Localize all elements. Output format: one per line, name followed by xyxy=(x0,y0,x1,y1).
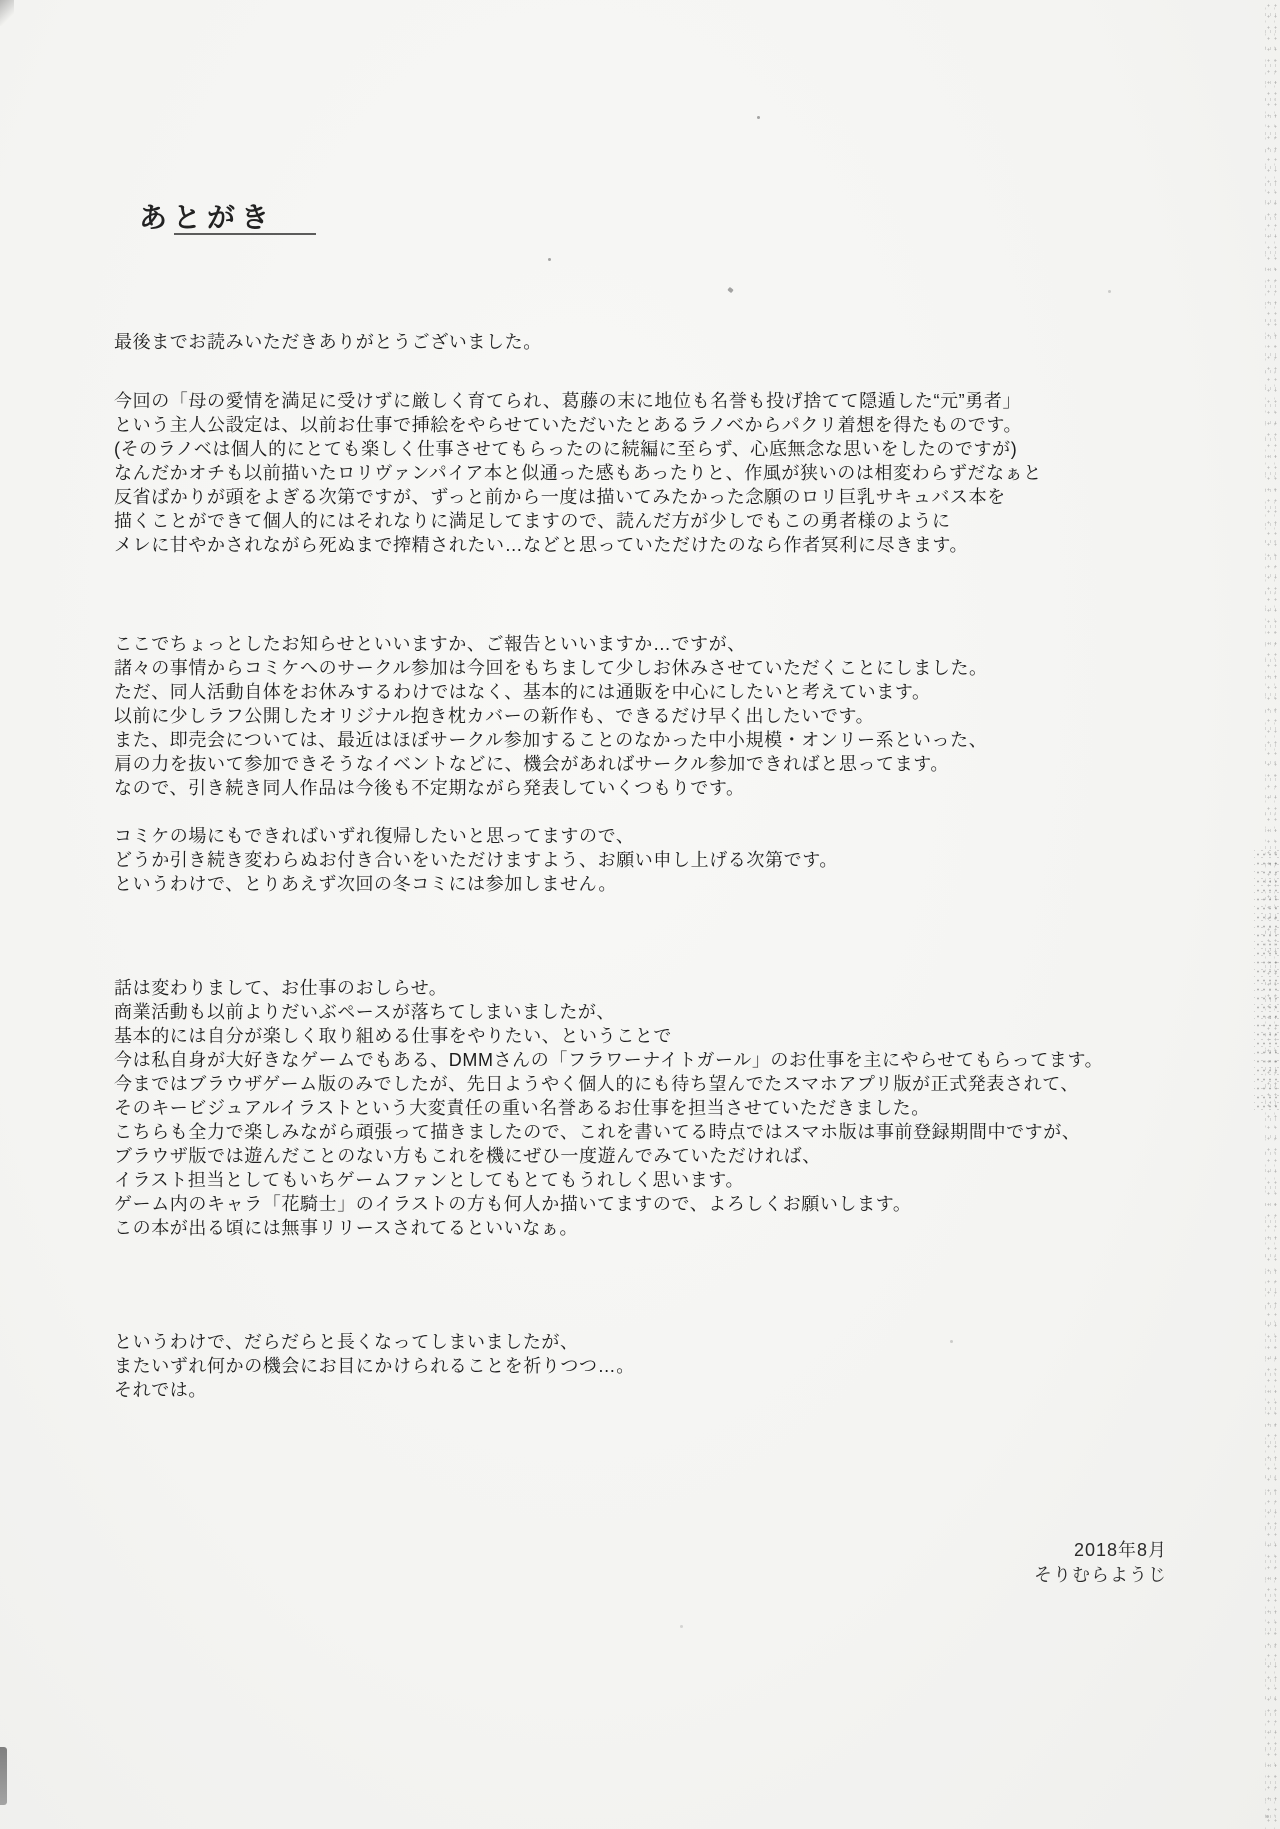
scan-noise-cluster xyxy=(1254,850,1280,1110)
paragraph-book-concept: 今回の「母の愛情を満足に受けずに厳しく育てられ、葛藤の末に地位も名誉も投げ捨てて… xyxy=(114,389,1214,557)
text-line: こちらも全力で楽しみながら頑張って描きましたので、これを書いてる時点ではスマホ版… xyxy=(114,1120,1214,1144)
signature: 2018年8月 そりむらようじ xyxy=(1034,1538,1167,1588)
page-title: あとがき xyxy=(139,196,275,236)
text-line: この本が出る頃には無事リリースされてるといいなぁ。 xyxy=(114,1216,1214,1240)
text-line: 今回の「母の愛情を満足に受けずに厳しく育てられ、葛藤の末に地位も名誉も投げ捨てて… xyxy=(114,389,1214,413)
scan-mark-bottom-left xyxy=(0,1747,7,1805)
scan-speck xyxy=(866,1127,869,1130)
text-line: 商業活動も以前よりだいぶペースが落ちてしまいましたが、 xyxy=(114,1000,1214,1024)
scan-speck xyxy=(680,1625,683,1628)
scan-speck xyxy=(1108,290,1111,293)
text-line: というわけで、とりあえず次回の冬コミには参加しません。 xyxy=(114,872,1214,896)
text-line: 諸々の事情からコミケへのサークル参加は今回をもちまして少しお休みさせていただくこ… xyxy=(114,656,1214,680)
scan-speck xyxy=(950,1340,953,1343)
text-line: また、即売会については、最近はほぼサークル参加することのなかった中小規模・オンリ… xyxy=(114,728,1214,752)
text-line: ブラウザ版では遊んだことのない方もこれを機にぜひ一度遊んでみていただければ、 xyxy=(114,1144,1214,1168)
text-line: ただ、同人活動自体をお休みするわけではなく、基本的には通販を中心にしたいと考えて… xyxy=(114,680,1214,704)
text-line: イラスト担当としてもいちゲームファンとしてもとてもうれしく思います。 xyxy=(114,1168,1214,1192)
text-line: 今まではブラウザゲーム版のみでしたが、先日ようやく個人的にも待ち望んでたスマホア… xyxy=(114,1072,1214,1096)
text-line: そのキービジュアルイラストという大変責任の重い名誉あるお仕事を担当させていただき… xyxy=(114,1096,1214,1120)
text-line: ここでちょっとしたお知らせといいますか、ご報告といいますか…ですが、 xyxy=(114,632,1214,656)
text-line: 以前に少しラフ公開したオリジナル抱き枕カバーの新作も、できるだけ早く出したいです… xyxy=(114,704,1214,728)
text-line: なんだかオチも以前描いたロリヴァンパイア本と似通った感もあったりと、作風が狭いの… xyxy=(114,461,1214,485)
text-line: (そのラノベは個人的にとても楽しく仕事させてもらったのに続編に至らず、心底無念な… xyxy=(114,437,1214,461)
text-line: 肩の力を抜いて参加できそうなイベントなどに、機会があればサークル参加できればと思… xyxy=(114,752,1214,776)
text-line: 反省ばかりが頭をよぎる次第ですが、ずっと前から一度は描いてみたかった念願のロリ巨… xyxy=(114,485,1214,509)
scan-speck xyxy=(727,287,733,293)
scan-speck xyxy=(757,116,760,119)
text-line: というわけで、だらだらと長くなってしまいましたが、 xyxy=(114,1330,1214,1354)
paragraph-comiket-return: コミケの場にもできればいずれ復帰したいと思ってますので、 どうか引き続き変わらぬ… xyxy=(114,824,1214,896)
text-line: 話は変わりまして、お仕事のおしらせ。 xyxy=(114,976,1214,1000)
title-underline xyxy=(174,233,316,235)
afterword-page: あとがき 最後までお読みいただきありがとうございました。 今回の「母の愛情を満足… xyxy=(0,0,1280,1829)
text-line: 今は私自身が大好きなゲームでもある、DMMさんの「フラワーナイトガール」のお仕事… xyxy=(114,1048,1214,1072)
scan-speck xyxy=(1266,1815,1269,1818)
signature-date: 2018年8月 xyxy=(1034,1538,1167,1563)
text-line: 描くことができて個人的にはそれなりに満足してますので、読んだ方が少しでもこの勇者… xyxy=(114,509,1214,533)
signature-author: そりむらようじ xyxy=(1034,1563,1167,1588)
scan-speck xyxy=(548,258,551,261)
scan-mark-top-left xyxy=(0,0,14,26)
text-line: またいずれ何かの機会にお目にかけられることを祈りつつ…。 xyxy=(114,1354,1214,1378)
text-line: それでは。 xyxy=(114,1378,1214,1402)
paragraph-closing: というわけで、だらだらと長くなってしまいましたが、 またいずれ何かの機会にお目に… xyxy=(114,1330,1214,1402)
text-line: なので、引き続き同人作品は今後も不定期ながら発表していくつもりです。 xyxy=(114,776,1214,800)
text-line: どうか引き続き変わらぬお付き合いをいただけますよう、お願い申し上げる次第です。 xyxy=(114,848,1214,872)
text-line: という主人公設定は、以前お仕事で挿絵をやらせていただいたとあるラノベからパクリ着… xyxy=(114,413,1214,437)
text-line: 最後までお読みいただきありがとうございました。 xyxy=(114,330,1214,354)
text-line: 基本的には自分が楽しく取り組める仕事をやりたい、ということで xyxy=(114,1024,1214,1048)
paragraph-thanks: 最後までお読みいただきありがとうございました。 xyxy=(114,330,1214,354)
text-line: メレに甘やかされながら死ぬまで搾精されたい…などと思っていただけたのなら作者冥利… xyxy=(114,533,1214,557)
paragraph-comiket-announcement: ここでちょっとしたお知らせといいますか、ご報告といいますか…ですが、 諸々の事情… xyxy=(114,632,1214,800)
text-line: ゲーム内のキャラ「花騎士」のイラストの方も何人か描いてますので、よろしくお願いし… xyxy=(114,1192,1214,1216)
paragraph-work-news: 話は変わりまして、お仕事のおしらせ。 商業活動も以前よりだいぶペースが落ちてしま… xyxy=(114,976,1214,1240)
text-line: コミケの場にもできればいずれ復帰したいと思ってますので、 xyxy=(114,824,1214,848)
